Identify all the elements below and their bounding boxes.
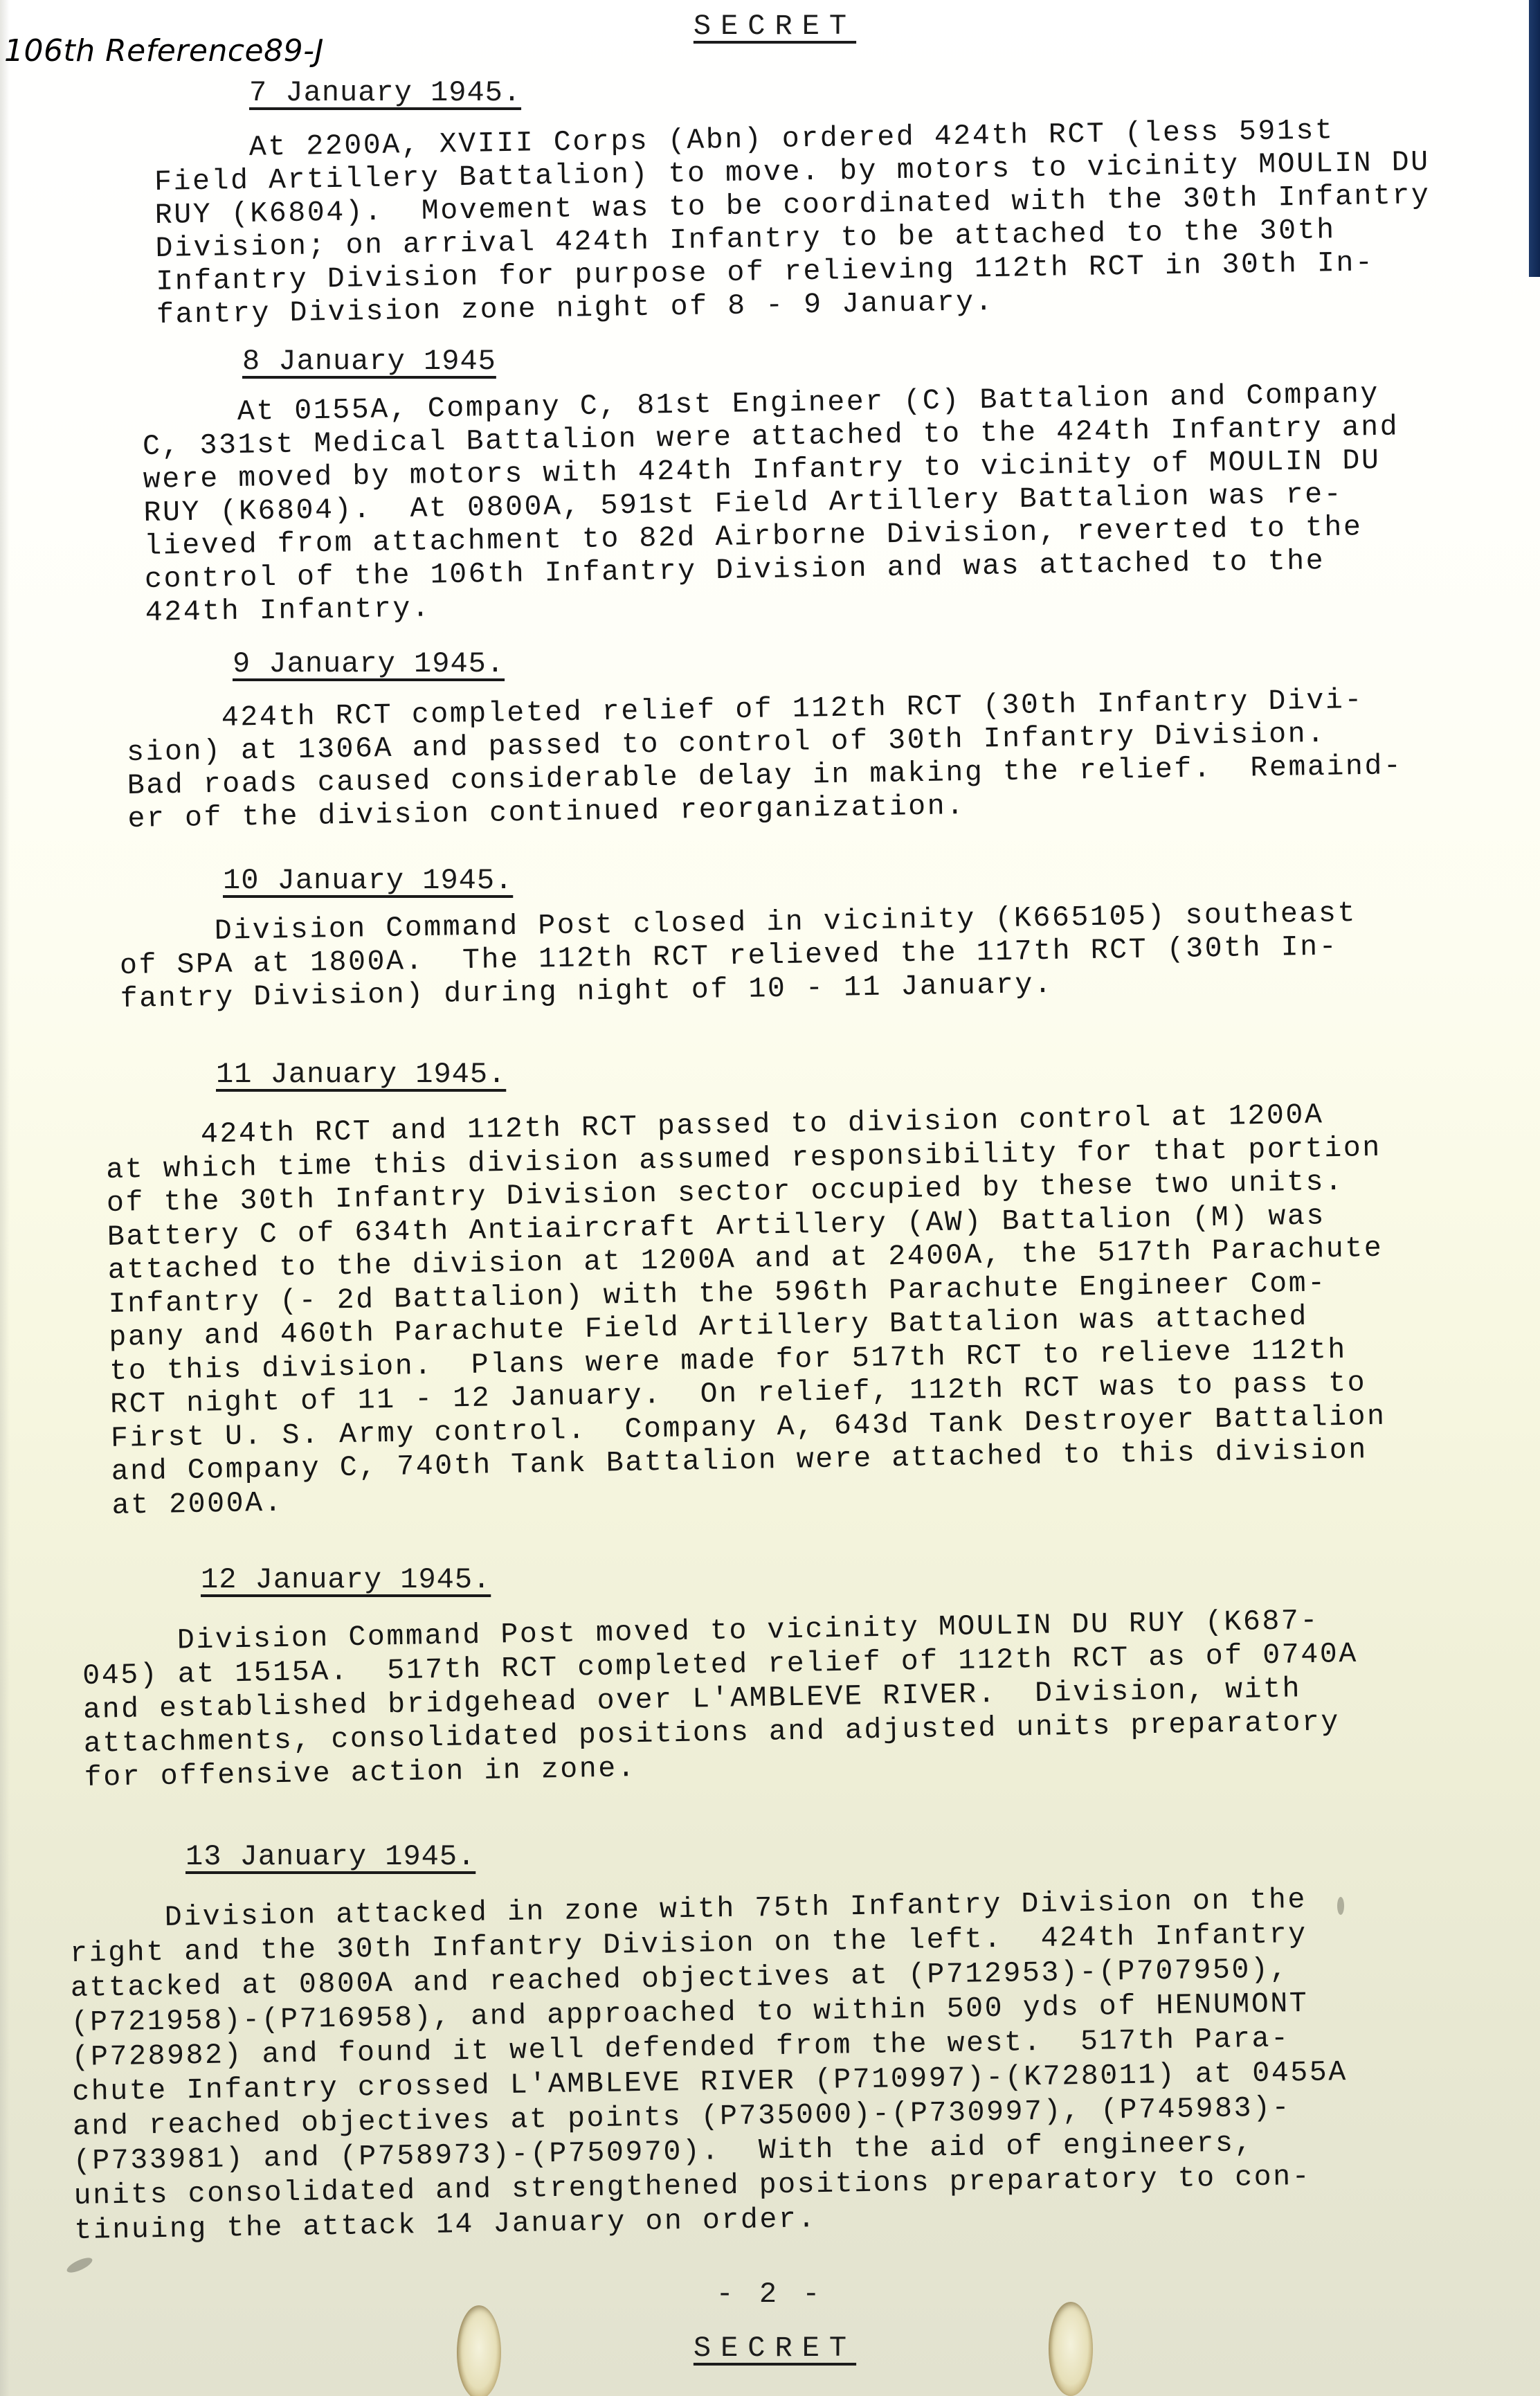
entry-paragraph: 424th RCT completed relief of 112th RCT …	[126, 683, 1404, 836]
entry-12-january: 12 January 1945.	[201, 1563, 491, 1619]
entry-paragraph: Division Command Post closed in vicinity…	[119, 897, 1358, 1016]
classification-footer-text: SECRET	[684, 2332, 856, 2365]
entry-date: 12 January 1945.	[201, 1563, 491, 1596]
entry-paragraph: Division attacked in zone with 75th Infa…	[69, 1882, 1350, 2249]
entry-paragraph: 424th RCT and 112th RCT passed to divisi…	[105, 1098, 1388, 1523]
ink-smudge	[1337, 1897, 1344, 1915]
ink-smudge	[65, 2255, 94, 2276]
entry-paragraph: At 0155A, Company C, 81st Engineer (C) B…	[142, 377, 1402, 629]
page-left-edge	[0, 0, 10, 2396]
entry-date: 7 January 1945.	[249, 76, 521, 109]
classification-header-text: SECRET	[684, 10, 856, 43]
entry-7-january: 7 January 1945.	[249, 76, 521, 132]
entry-paragraph: Division Command Post moved to vicinity …	[82, 1603, 1360, 1795]
entry-8-january-body: At 0155A, Company C, 81st Engineer (C) B…	[142, 377, 1402, 629]
entry-12-january-body: Division Command Post moved to vicinity …	[82, 1603, 1360, 1795]
page-number: - 2 -	[0, 2278, 1540, 2311]
entry-9-january-body: 424th RCT completed relief of 112th RCT …	[126, 683, 1404, 836]
entry-date: 11 January 1945.	[216, 1058, 506, 1091]
entry-11-january: 11 January 1945.	[216, 1058, 506, 1113]
entry-date: 9 January 1945.	[233, 647, 505, 681]
entry-paragraph: At 2200A, XVIII Corps (Abn) ordered 424t…	[154, 113, 1432, 332]
entry-7-january-body: At 2200A, XVIII Corps (Abn) ordered 424t…	[154, 113, 1432, 332]
entry-date: 8 January 1945	[242, 345, 496, 378]
entry-13-january-body: Division attacked in zone with 75th Infa…	[69, 1882, 1350, 2249]
entry-date: 10 January 1945.	[223, 864, 513, 897]
entry-10-january-body: Division Command Post closed in vicinity…	[119, 897, 1358, 1016]
classification-footer: SECRET	[0, 2332, 1540, 2365]
classification-header: SECRET	[0, 10, 1540, 43]
entry-date: 13 January 1945.	[185, 1840, 475, 1873]
entry-9-january: 9 January 1945.	[233, 647, 505, 703]
entry-13-january: 13 January 1945.	[185, 1840, 475, 1895]
entry-11-january-body: 424th RCT and 112th RCT passed to divisi…	[105, 1098, 1388, 1523]
